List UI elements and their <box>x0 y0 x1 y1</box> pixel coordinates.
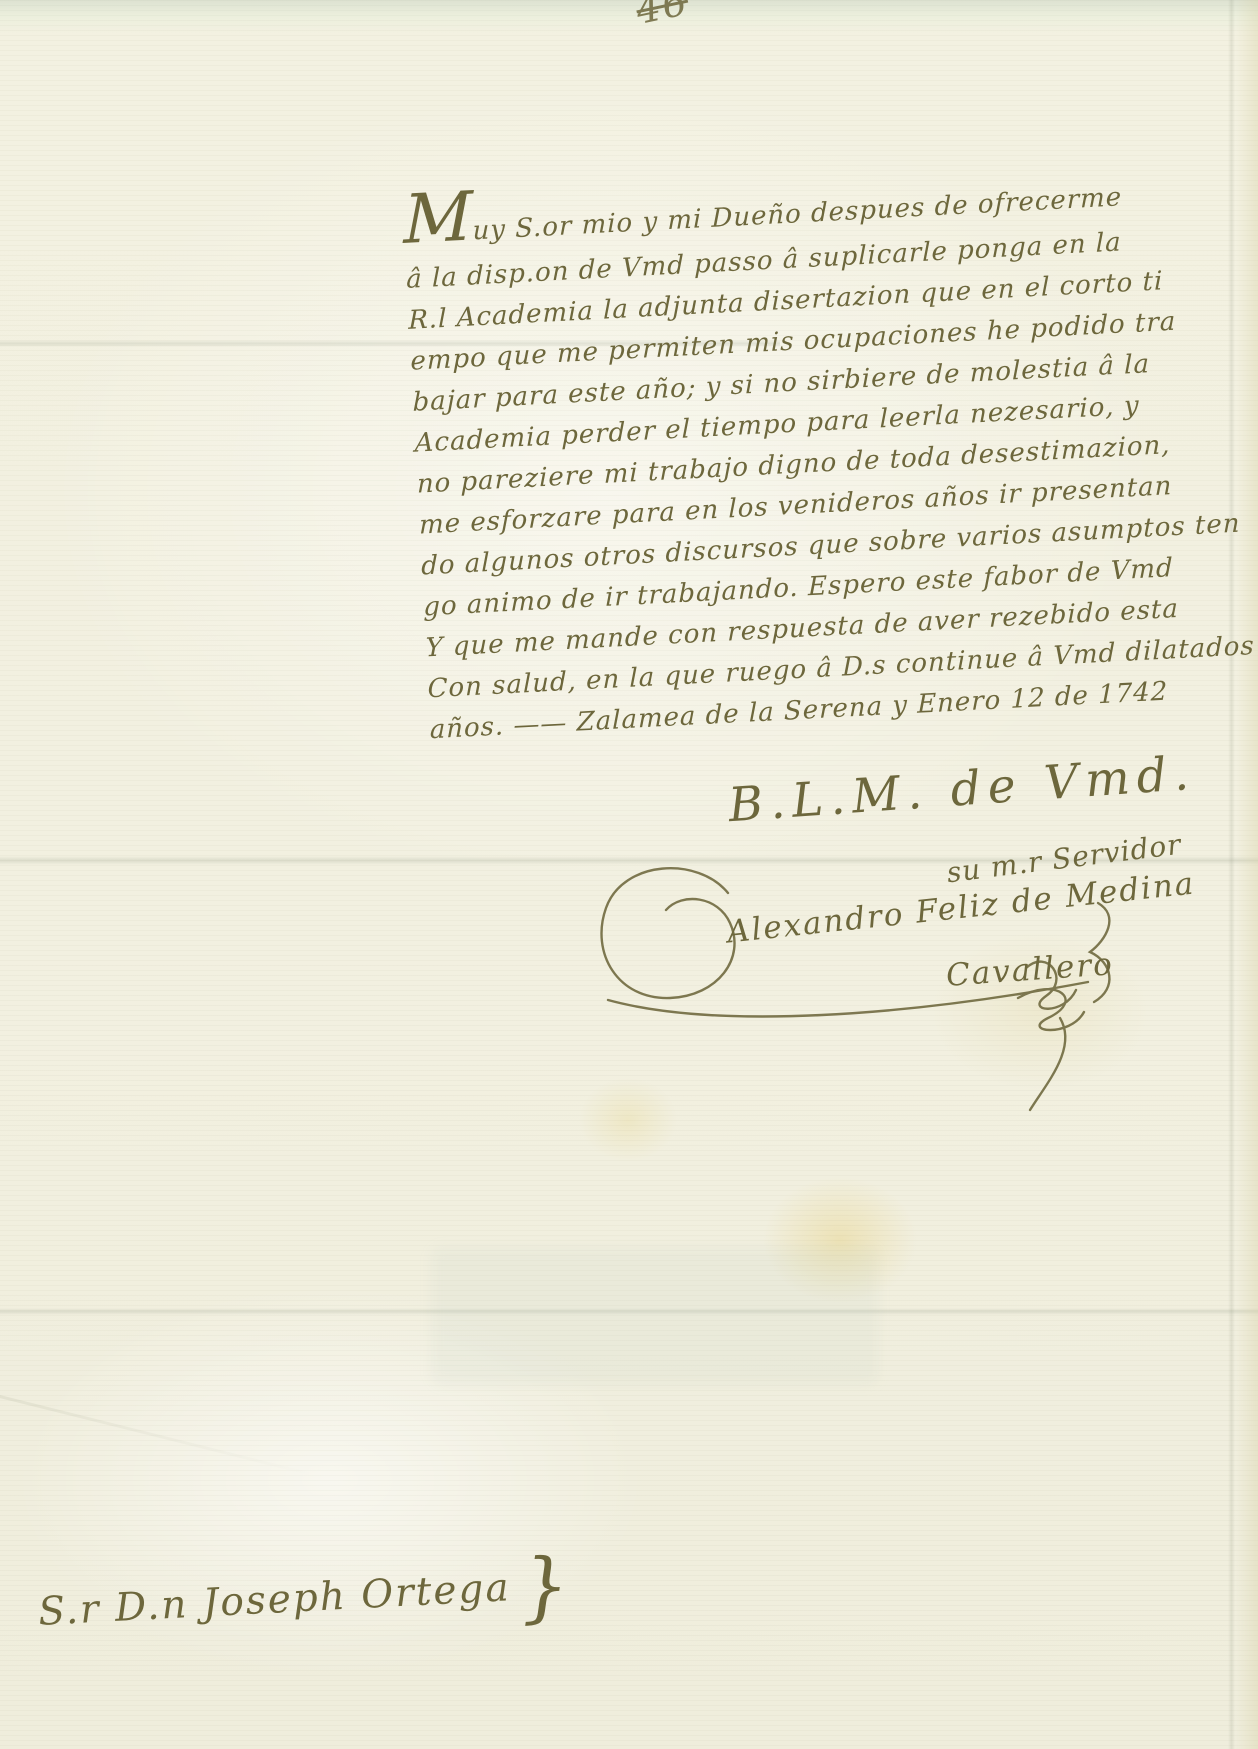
signature-rubric-flourish <box>578 848 1138 1118</box>
addressee-brace: } <box>521 1585 569 1588</box>
ink-showthrough <box>432 1248 878 1384</box>
letter-body: Muy S.or mio y mi Dueño despues de ofrec… <box>402 162 1162 752</box>
fold-crease-vertical <box>1228 0 1235 1749</box>
paper-edge <box>1236 0 1258 1749</box>
